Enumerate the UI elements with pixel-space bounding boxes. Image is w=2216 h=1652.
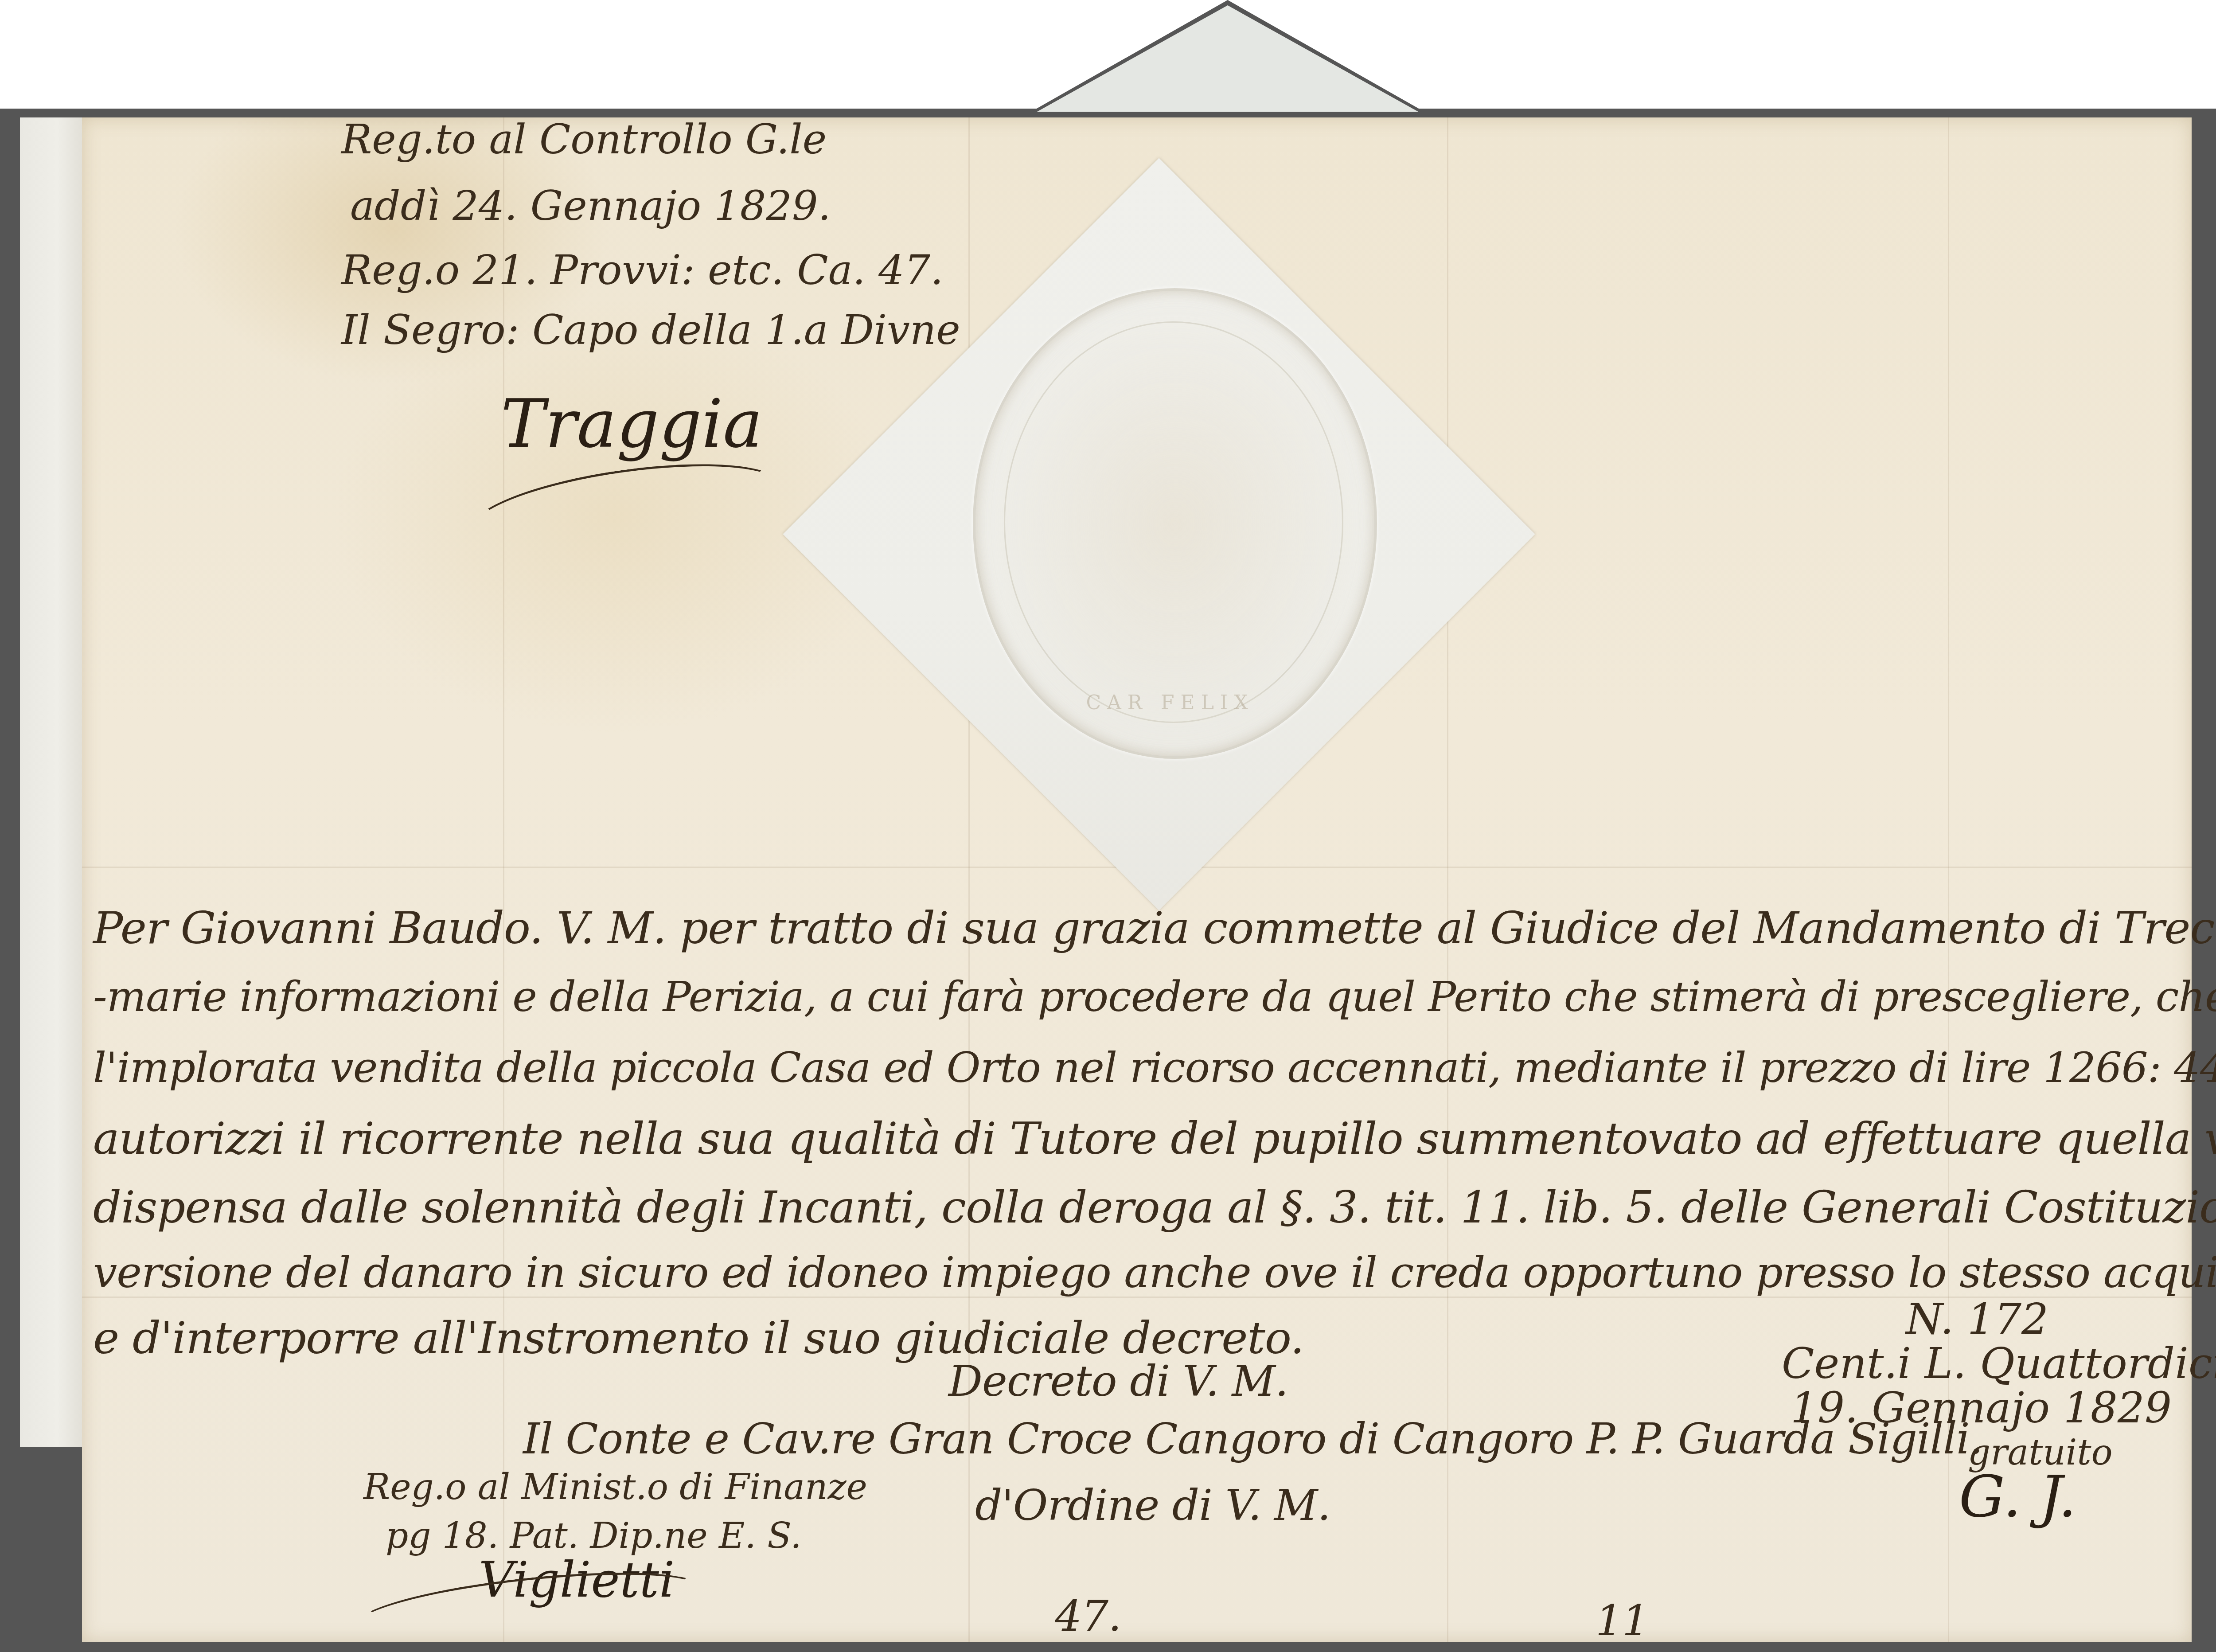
fee-line: Cent.i L. Quattordici. 85 [1782,1339,2216,1388]
document-number: N. 172 [1906,1294,2048,1344]
registration-line: Reg.o 21. Provvi: etc. Ca. 47. [341,246,943,295]
order-line: d'Ordine di V. M. [975,1480,1330,1530]
annotation-signature: G. J. [1959,1463,2076,1530]
registration-line: Reg.o al Minist.o di Finanze [363,1463,867,1511]
folio-number: 47. [1055,1591,1121,1641]
registration-line: Reg.to al Controllo G.le [341,115,827,164]
seal-flap [1037,5,1418,112]
mount-hinge-strip [20,117,82,1447]
body-line: versione del danaro in sicuro ed idoneo … [93,1248,2216,1297]
seal-legend: CAR FELIX [1037,691,1303,714]
body-line: -marie informazioni e della Perizia, a c… [93,973,2216,1021]
embossed-seal: CAR FELIX [745,120,1498,873]
registration-line: addì 24. Gennajo 1829. [350,182,831,230]
body-line: autorizzi il ricorrente nella sua qualit… [93,1113,2216,1164]
body-line: Per Giovanni Baudo. V. M. per tratto di … [93,902,2216,954]
registration-line: Il Segro: Capo della 1.a Divne [341,306,960,355]
signatory-line: Il Conte e Cav.re Gran Croce Cangoro di … [523,1414,1982,1464]
body-line: dispensa dalle solennità degli Incanti, … [93,1181,2216,1233]
annotation-date: 19. Gennajo 1829 [1791,1383,2172,1433]
body-line: l'implorata vendita della piccola Casa e… [93,1044,2216,1092]
signature-traggia: Traggia [501,386,763,463]
decree-heading: Decreto di V. M. [948,1356,1288,1406]
seal-inner-ring [1004,321,1343,723]
folio-mark: 11 [1596,1596,1649,1645]
